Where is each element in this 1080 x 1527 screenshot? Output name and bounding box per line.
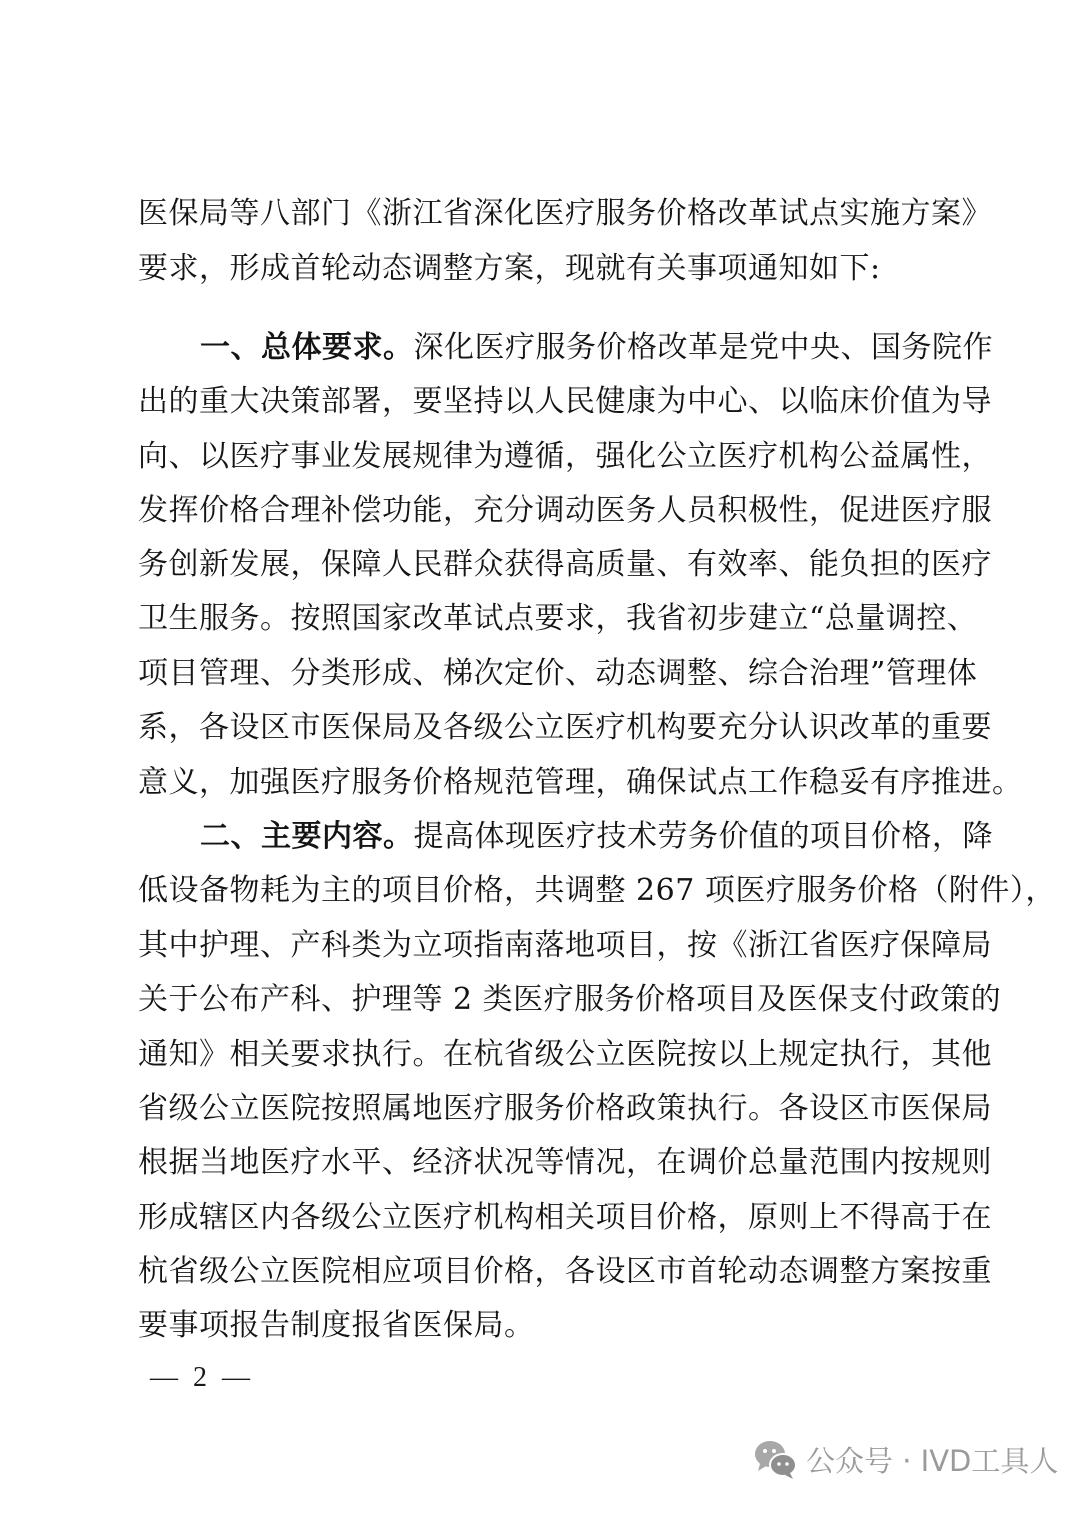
section2-first-line: 二、主要内容。提高体现医疗技术劳务价值的项目价格，降 xyxy=(200,813,948,861)
page-number: — 2 — xyxy=(150,1358,254,1398)
section2-line: 杭省级公立医院相应项目价格，各设区市首轮动态调整方案按重 xyxy=(138,1248,948,1296)
intro-line-1: 医保局等八部门《浙江省深化医疗服务价格改革试点实施方案》 xyxy=(138,190,948,238)
section1-line: 意义，加强医疗服务价格规范管理，确保试点工作稳妥有序推进。 xyxy=(138,759,948,807)
section1-line: 发挥价格合理补偿功能，充分调动医务人员积极性，促进医疗服 xyxy=(138,487,948,535)
section2-line: 根据当地医疗水平、经济状况等情况，在调价总量范围内按规则 xyxy=(138,1139,948,1187)
document-page: 医保局等八部门《浙江省深化医疗服务价格改革试点实施方案》 要求，形成首轮动态调整… xyxy=(0,0,1080,1527)
section1-heading: 一、总体要求。 xyxy=(200,330,414,365)
section1-line: 项目管理、分类形成、梯次定价、动态调整、综合治理”管理体 xyxy=(138,650,948,698)
section1-line: 出的重大决策部署，要坚持以人民健康为中心、以临床价值为导 xyxy=(138,378,948,426)
watermark: 公众号 · IVD工具人 xyxy=(752,1434,1058,1484)
section1-line: 务创新发展，保障人民群众获得高质量、有效率、能负担的医疗 xyxy=(138,541,948,589)
section1-line: 向、以医疗事业发展规律为遵循，强化公立医疗机构公益属性， xyxy=(138,433,948,481)
section2-first-line-text: 提高体现医疗技术劳务价值的项目价格，降 xyxy=(414,819,994,854)
watermark-text: 公众号 · IVD工具人 xyxy=(806,1439,1058,1480)
section2-line: 其中护理、产科类为立项指南落地项目，按《浙江省医疗保障局 xyxy=(138,922,948,970)
section2-line: 要事项报告制度报省医保局。 xyxy=(138,1302,948,1350)
section1-first-line-text: 深化医疗服务价格改革是党中央、国务院作 xyxy=(414,330,994,365)
section2-line: 关于公布产科、护理等 2 类医疗服务价格项目及医保支付政策的 xyxy=(138,976,948,1024)
wechat-icon xyxy=(752,1437,800,1481)
section2-line: 通知》相关要求执行。在杭省级公立医院按以上规定执行，其他 xyxy=(138,1031,948,1079)
intro-line-2: 要求，形成首轮动态调整方案，现就有关事项通知如下: xyxy=(138,245,948,293)
section1-first-line: 一、总体要求。深化医疗服务价格改革是党中央、国务院作 xyxy=(200,324,948,372)
section2-heading: 二、主要内容。 xyxy=(200,819,414,854)
section1-line: 系，各设区市医保局及各级公立医疗机构要充分认识改革的重要 xyxy=(138,704,948,752)
section2-line: 形成辖区内各级公立医疗机构相关项目价格，原则上不得高于在 xyxy=(138,1194,948,1242)
section1-line: 卫生服务。按照国家改革试点要求，我省初步建立“总量调控、 xyxy=(138,595,948,643)
section2-line: 低设备物耗为主的项目价格，共调整 267 项医疗服务价格（附件）， xyxy=(138,867,948,915)
section2-line: 省级公立医院按照属地医疗服务价格政策执行。各设区市医保局 xyxy=(138,1085,948,1133)
